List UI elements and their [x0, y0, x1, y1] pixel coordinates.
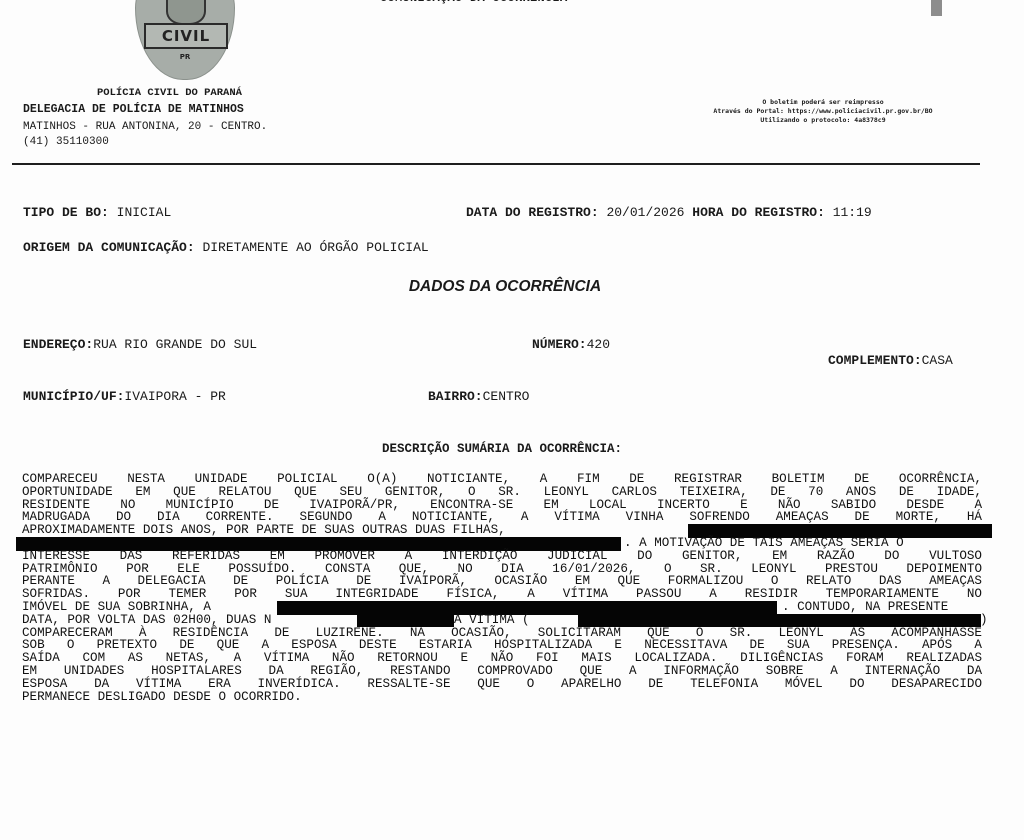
numero-field: NÚMERO:420 — [532, 337, 610, 352]
narrative-line: EM UNIDADES HOSPITALARES DA REGIÃO, REST… — [22, 665, 982, 678]
narrative-line: . A MOTIVAÇÃO DE TAIS AMEAÇAS SERIA O — [22, 537, 982, 550]
reprint-notice: O boletim poderá ser reimpresso Através … — [668, 98, 978, 125]
badge-ribbon: CIVIL — [144, 23, 228, 49]
occurrence-section-title: DADOS DA OCORRÊNCIA — [0, 278, 1010, 296]
badge-state: PR — [136, 53, 234, 61]
bairro-label: BAIRRO: — [428, 389, 483, 404]
origem-label: ORIGEM DA COMUNICAÇÃO: — [23, 240, 195, 255]
police-badge-icon: CIVIL PR — [135, 0, 235, 80]
narrative-line: ESPOSA DA VÍTIMA ERA INVERÍDICA. RESSALT… — [22, 678, 982, 691]
municipio-label: MUNICÍPIO/UF: — [23, 389, 124, 404]
corner-mark — [931, 0, 942, 16]
narrative-line: DATA, POR VOLTA DAS 02H00, DUAS N A VÍTI… — [22, 614, 982, 627]
hora-registro-label: HORA DO REGISTRO: — [692, 205, 825, 220]
header-divider — [12, 163, 980, 165]
data-registro-label: DATA DO REGISTRO: — [466, 205, 599, 220]
bairro-value: CENTRO — [483, 389, 530, 404]
coat-of-arms-icon — [166, 0, 206, 25]
agency-address: MATINHOS - RUA ANTONINA, 20 - CENTRO. — [23, 121, 267, 133]
complemento-label: COMPLEMENTO: — [828, 353, 922, 368]
origem-value: DIRETAMENTE AO ÓRGÃO POLICIAL — [202, 240, 428, 255]
narrative-fragment: ) — [980, 614, 988, 627]
reprint-protocol: Utilizando o protocolo: 4a8378c9 — [668, 116, 978, 125]
complemento-value: CASA — [922, 353, 953, 368]
narrative-line: COMPARECEU NESTA UNIDADE POLICIAL O(A) N… — [22, 473, 982, 486]
data-registro-value: 20/01/2026 — [606, 205, 684, 220]
narrative-line: INTERESSE DAS REFERIDAS EM PROMOVER A IN… — [22, 550, 982, 563]
description-title: DESCRIÇÃO SUMÁRIA DA OCORRÊNCIA: — [0, 442, 1004, 456]
narrative-line: PERMANECE DESLIGADO DESDE O OCORRIDO. — [22, 691, 982, 704]
reprint-line-1: O boletim poderá ser reimpresso — [668, 98, 978, 107]
endereco-field: ENDEREÇO:RUA RIO GRANDE DO SUL — [23, 337, 257, 352]
complemento-field: COMPLEMENTO:CASA — [828, 353, 953, 368]
municipio-value: IVAIPORA - PR — [124, 389, 225, 404]
endereco-value: RUA RIO GRANDE DO SUL — [93, 337, 257, 352]
numero-label: NÚMERO: — [532, 337, 587, 352]
description-text: COMPARECEU NESTA UNIDADE POLICIAL O(A) N… — [22, 473, 982, 703]
municipio-field: MUNICÍPIO/UF:IVAIPORA - PR — [23, 389, 226, 404]
agency-name: POLÍCIA CIVIL DO PARANÁ — [97, 87, 242, 99]
redaction-block — [578, 614, 981, 627]
agency-unit: DELEGACIA DE POLÍCIA DE MATINHOS — [23, 103, 244, 116]
bairro-field: BAIRRO:CENTRO — [428, 389, 529, 404]
narrative-fragment: DATA, POR VOLTA DAS 02H00, DUAS N — [22, 613, 271, 627]
tipo-bo-field: TIPO DE BO: INICIAL — [23, 205, 171, 220]
hora-registro-value: 11:19 — [833, 205, 872, 220]
tipo-bo-value: INICIAL — [117, 205, 172, 220]
redaction-block — [357, 614, 454, 627]
narrative-fragment: . A MOTIVAÇÃO DE TAIS AMEAÇAS SERIA O — [624, 537, 904, 550]
narrative-fragment: . CONTUDO, NA PRESENTE — [782, 601, 948, 614]
tipo-bo-label: TIPO DE BO: — [23, 205, 109, 220]
document-title: COMUNICAÇÃO DA OCORRÊNCIA — [380, 0, 568, 5]
narrative-line: OPORTUNIDADE EM QUE RELATOU QUE SEU GENI… — [22, 486, 982, 499]
numero-value: 420 — [587, 337, 610, 352]
endereco-label: ENDEREÇO: — [23, 337, 93, 352]
origem-field: ORIGEM DA COMUNICAÇÃO: DIRETAMENTE AO ÓR… — [23, 240, 429, 255]
narrative-fragment: APROXIMADAMENTE DOIS ANOS, POR PARTE DE … — [22, 523, 506, 537]
reprint-portal-link[interactable]: Através do Portal: https://www.policiaci… — [668, 107, 978, 116]
registration-datetime: DATA DO REGISTRO: 20/01/2026 HORA DO REG… — [466, 205, 872, 220]
agency-phone: (41) 35110300 — [23, 136, 109, 148]
narrative-fragment: A VÍTIMA ( — [454, 614, 530, 627]
